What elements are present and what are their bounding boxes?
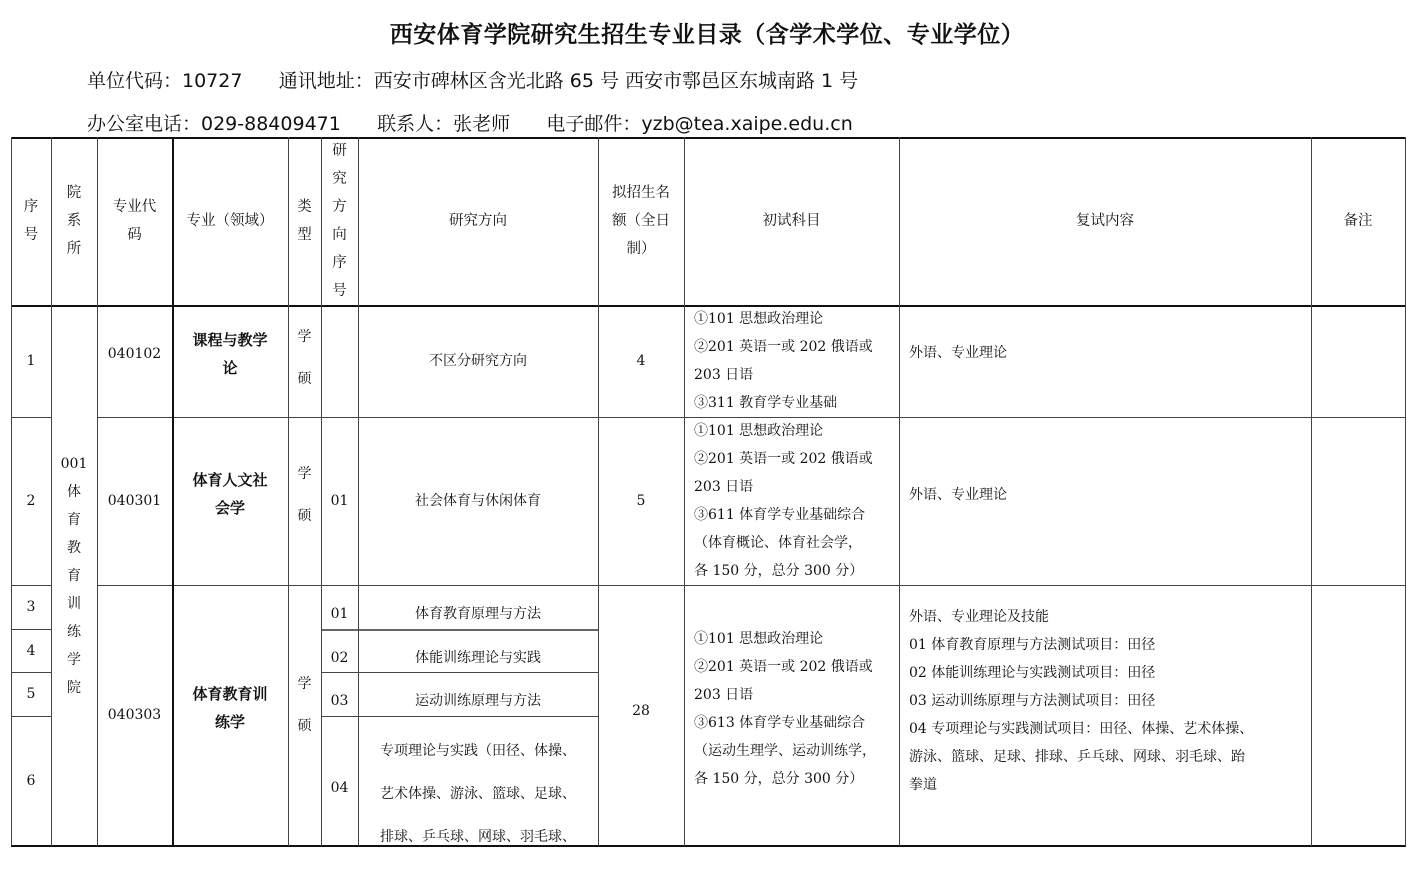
row1-major-code: 040102 <box>97 305 172 417</box>
row2-major: 体育人文社会学 <box>172 417 288 585</box>
row2-direction: 社会体育与休闲体育 <box>358 417 598 585</box>
header-department: 院系所 <box>51 137 97 305</box>
row3-type: 学硕 <box>288 585 321 845</box>
header-seq: 序号 <box>11 137 51 305</box>
row1-direction: 不区分研究方向 <box>358 305 598 417</box>
direction-code-04: 04 <box>321 716 358 845</box>
row3-remark <box>1311 585 1405 845</box>
header-retest-content: 复试内容 <box>899 137 1311 305</box>
direction-02: 体能训练理论与实践 <box>358 629 598 672</box>
direction-code-01: 01 <box>321 585 358 629</box>
header-major-code: 专业代码 <box>97 137 172 305</box>
row1-major: 课程与教学论 <box>172 305 288 417</box>
row2-major-code: 040301 <box>97 417 172 585</box>
direction-code-03: 03 <box>321 672 358 716</box>
header-remark: 备注 <box>1311 137 1405 305</box>
row6-seq: 6 <box>11 716 51 845</box>
row1-type: 学硕 <box>288 305 321 417</box>
row3-major: 体育教育训练学 <box>172 585 288 845</box>
direction-03: 运动训练原理与方法 <box>358 672 598 716</box>
direction-code-02: 02 <box>321 629 358 672</box>
row3-retest-content: 外语、专业理论及技能01 体育教育原理与方法测试项目：田径02 体能训练理论与实… <box>899 585 1311 845</box>
direction-04: 专项理论与实践（田径、体操、艺术体操、游泳、篮球、足球、排球、乒乓球、网球、羽毛… <box>358 716 598 845</box>
row3-exam-subjects: ①101 思想政治理论②201 英语一或 202 俄语或203 日语③613 体… <box>684 585 899 845</box>
row3-seq: 3 <box>11 585 51 629</box>
header-direction-seq: 研究方向序号 <box>321 137 358 305</box>
row4-seq: 4 <box>11 629 51 672</box>
row5-seq: 5 <box>11 672 51 716</box>
row3-quota: 28 <box>598 585 684 845</box>
row1-remark <box>1311 305 1405 417</box>
row2-retest-content: 外语、专业理论 <box>899 417 1311 585</box>
row1-exam-subjects: ①101 思想政治理论②201 英语一或 202 俄语或203 日语③311 教… <box>684 305 899 417</box>
department-cell: 001体育教育训练学院 <box>51 305 97 845</box>
header-type: 类型 <box>288 137 321 305</box>
row2-exam-subjects: ①101 思想政治理论②201 英语一或 202 俄语或203 日语③611 体… <box>684 417 899 585</box>
header-direction: 研究方向 <box>358 137 598 305</box>
row1-retest-content: 外语、专业理论 <box>899 305 1311 417</box>
row2-remark <box>1311 417 1405 585</box>
row2-quota: 5 <box>598 417 684 585</box>
row1-quota: 4 <box>598 305 684 417</box>
row1-direction-code <box>321 305 358 417</box>
row3-major-code: 040303 <box>97 585 172 845</box>
row2-direction-code: 01 <box>321 417 358 585</box>
header-quota: 拟招生名额（全日制） <box>598 137 684 305</box>
row2-seq: 2 <box>11 417 51 585</box>
header-exam-subjects: 初试科目 <box>684 137 899 305</box>
catalog-table: 序号 院系所 专业代码 专业（领域） 类型 研究方向序号 研究方向 拟招生名额（… <box>0 0 1414 869</box>
row1-seq: 1 <box>11 305 51 417</box>
header-major: 专业（领域） <box>172 137 288 305</box>
row2-type: 学硕 <box>288 417 321 585</box>
direction-01: 体育教育原理与方法 <box>358 585 598 629</box>
